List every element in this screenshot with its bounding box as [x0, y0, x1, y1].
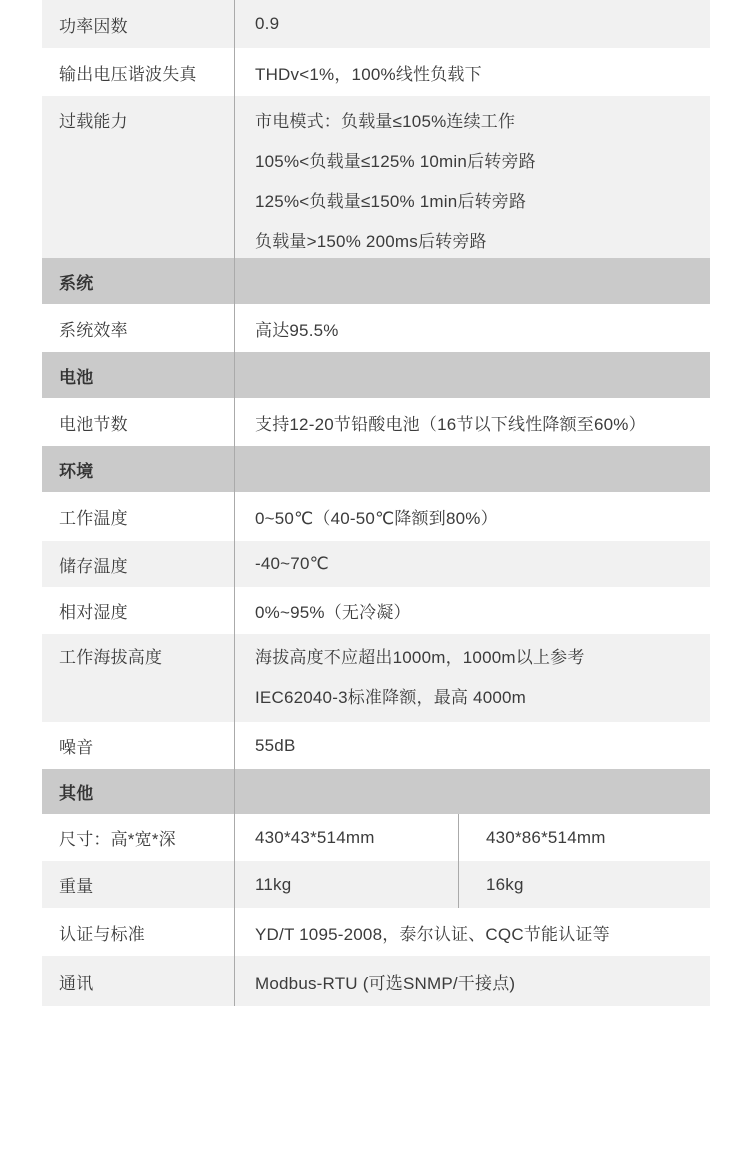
- spec-value-line: 市电模式：负载量≤105%连续工作: [255, 102, 515, 142]
- spec-value: -40~70℃: [234, 541, 710, 587]
- spec-value: 0~50℃（40-50℃降额到80%）: [234, 492, 710, 541]
- spec-label: 储存温度: [42, 552, 234, 577]
- spec-row-communication: 通讯 Modbus-RTU (可选SNMP/干接点): [42, 956, 710, 1006]
- spec-row-operating-temperature: 工作温度 0~50℃（40-50℃降额到80%）: [42, 492, 710, 541]
- spec-label: 工作温度: [42, 504, 234, 529]
- section-header-filler: [234, 258, 710, 304]
- spec-value-line: 125%<负载量≤150% 1min后转旁路: [255, 182, 526, 222]
- spec-value-model-a: 11kg: [234, 861, 458, 908]
- spec-value: 0%~95%（无冷凝）: [234, 587, 710, 634]
- spec-row-system-efficiency: 系统效率 高达95.5%: [42, 304, 710, 352]
- spec-row-battery-count: 电池节数 支持12-20节铅酸电池（16节以下线性降额至60%）: [42, 398, 710, 446]
- spec-label: 电池节数: [42, 410, 234, 435]
- spec-value: 市电模式：负载量≤105%连续工作 105%<负载量≤125% 10min后转旁…: [234, 96, 710, 258]
- spec-value-model-b: 430*86*514mm: [458, 814, 710, 861]
- spec-row-dimensions: 尺寸：高*宽*深 430*43*514mm 430*86*514mm: [42, 814, 710, 861]
- section-title: 其他: [42, 779, 234, 804]
- spec-row-weight: 重量 11kg 16kg: [42, 861, 710, 908]
- spec-table: 功率因数 0.9 输出电压谐波失真 THDv<1%，100%线性负载下 过载能力…: [42, 0, 710, 1006]
- spec-value: 支持12-20节铅酸电池（16节以下线性降额至60%）: [234, 398, 710, 446]
- spec-value-line: 105%<负载量≤125% 10min后转旁路: [255, 142, 536, 182]
- section-header-other: 其他: [42, 769, 710, 814]
- spec-value-line: 海拔高度不应超出1000m，1000m以上参考: [255, 638, 585, 678]
- section-title: 系统: [42, 269, 234, 294]
- section-header-filler: [234, 769, 710, 814]
- spec-label: 系统效率: [42, 316, 234, 341]
- spec-value: 海拔高度不应超出1000m，1000m以上参考 IEC62040-3标准降额，最…: [234, 634, 710, 722]
- section-header-filler: [234, 446, 710, 492]
- spec-value-model-b: 16kg: [458, 861, 710, 908]
- spec-label: 通讯: [42, 969, 234, 994]
- spec-row-overload-capacity: 过载能力 市电模式：负载量≤105%连续工作 105%<负载量≤125% 10m…: [42, 96, 710, 258]
- spec-value: THDv<1%，100%线性负载下: [234, 48, 710, 96]
- spec-value-model-a: 430*43*514mm: [234, 814, 458, 861]
- spec-label: 重量: [42, 872, 234, 897]
- section-header-battery: 电池: [42, 352, 710, 398]
- spec-row-certification: 认证与标准 YD/T 1095-2008，泰尔认证、CQC节能认证等: [42, 908, 710, 956]
- spec-label: 相对湿度: [42, 598, 234, 623]
- spec-row-relative-humidity: 相对湿度 0%~95%（无冷凝）: [42, 587, 710, 634]
- spec-row-noise: 噪音 55dB: [42, 722, 710, 769]
- spec-value: 55dB: [234, 722, 710, 769]
- spec-value: 高达95.5%: [234, 304, 710, 352]
- spec-label: 输出电压谐波失真: [42, 60, 234, 85]
- spec-label: 认证与标准: [42, 920, 234, 945]
- section-title: 电池: [42, 363, 234, 388]
- spec-value: Modbus-RTU (可选SNMP/干接点): [234, 956, 710, 1006]
- spec-label: 功率因数: [42, 12, 234, 37]
- section-header-system: 系统: [42, 258, 710, 304]
- section-header-filler: [234, 352, 710, 398]
- spec-value-line: 负载量>150% 200ms后转旁路: [255, 222, 487, 262]
- spec-label: 工作海拔高度: [42, 634, 234, 678]
- section-title: 环境: [42, 457, 234, 482]
- spec-label: 尺寸：高*宽*深: [42, 825, 234, 850]
- spec-row-operating-altitude: 工作海拔高度 海拔高度不应超出1000m，1000m以上参考 IEC62040-…: [42, 634, 710, 722]
- spec-row-storage-temperature: 储存温度 -40~70℃: [42, 541, 710, 587]
- spec-value: YD/T 1095-2008，泰尔认证、CQC节能认证等: [234, 908, 710, 956]
- spec-value-line: IEC62040-3标准降额，最高 4000m: [255, 678, 526, 718]
- section-header-environment: 环境: [42, 446, 710, 492]
- spec-row-power-factor: 功率因数 0.9: [42, 0, 710, 48]
- spec-value: 0.9: [234, 0, 710, 48]
- spec-label: 噪音: [42, 733, 234, 758]
- spec-label: 过载能力: [42, 96, 234, 142]
- spec-row-output-voltage-thd: 输出电压谐波失真 THDv<1%，100%线性负载下: [42, 48, 710, 96]
